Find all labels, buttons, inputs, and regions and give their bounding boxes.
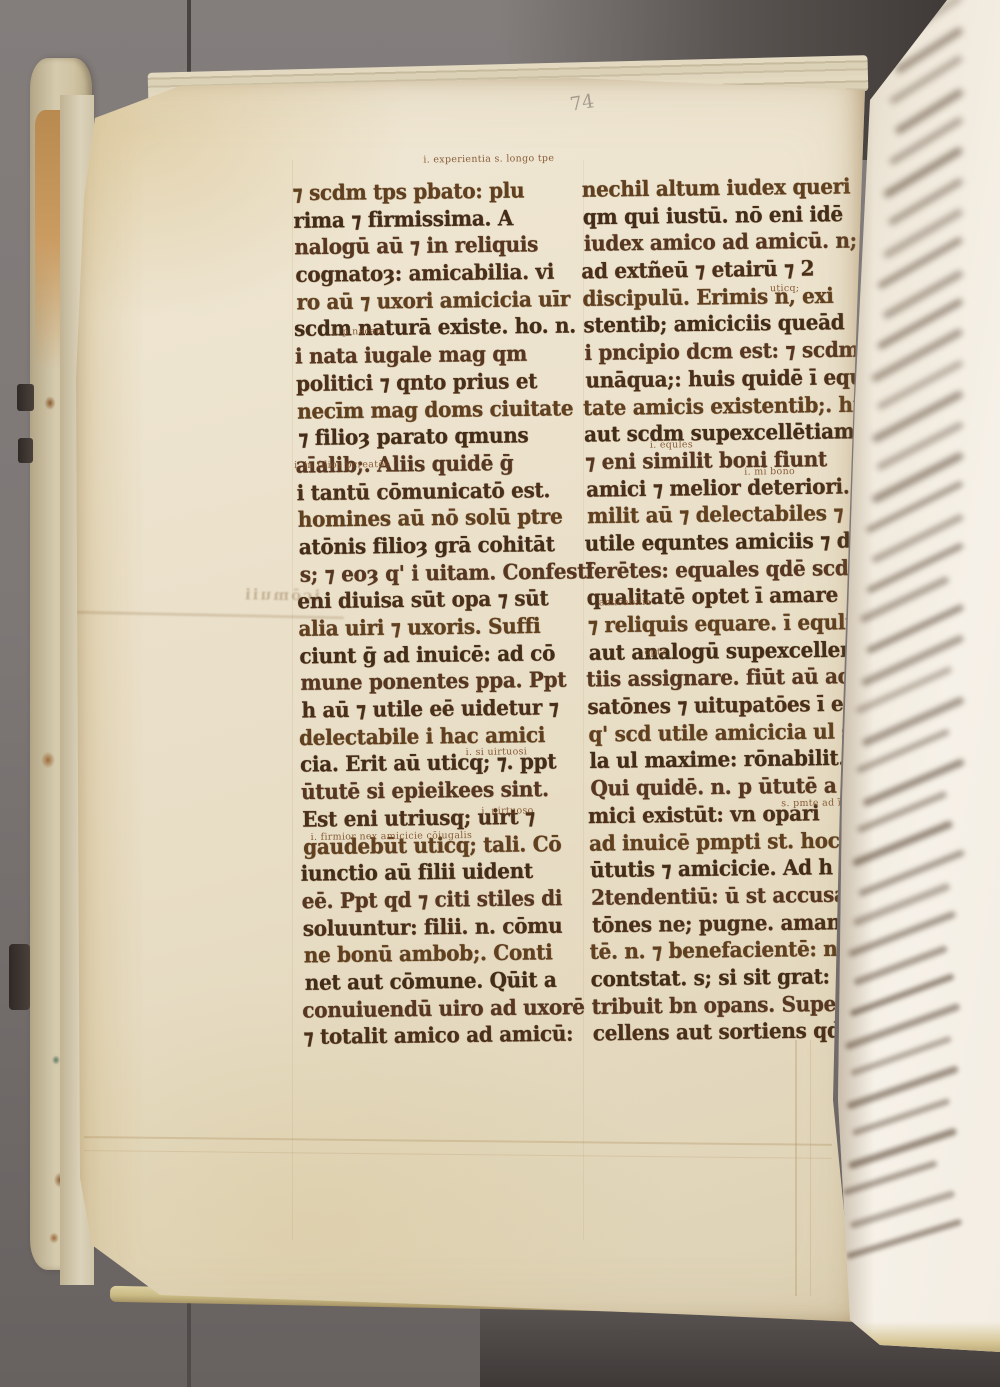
facing-page-text-line-blurred (866, 542, 964, 593)
manuscript-text-line: ne bonū ambob;. Conti (304, 939, 586, 970)
interlinear-gloss: i. mī bono (744, 466, 795, 478)
manuscript-text-line: ūtutis ⁊ amicicie. Ad h aū (590, 854, 858, 885)
text-block: ⁊ scdm tps pbato: plurima ⁊ firmissima. … (64, 73, 874, 1333)
left-page: 74 icōmuii ⁊ scdm tps pbato: plurima ⁊ f… (72, 78, 867, 1328)
manuscript-text-line: alia uiri ⁊ uxoris. Suffi (298, 612, 580, 643)
manuscript-text-line: eni diuisa sūt opa ⁊ sūt (297, 585, 579, 616)
manuscript-text-line: atōnis filioȝ grā cohitāt (299, 531, 581, 562)
interlinear-gloss: i. firmior nex amicicie cōiugalis (311, 830, 473, 843)
manuscript-photo: 74 icōmuii ⁊ scdm tps pbato: plurima ⁊ f… (0, 0, 1000, 1387)
manuscript-text-line: ⁊ totalit amico ad amicū: (303, 1021, 585, 1052)
facing-page-text-line-blurred (850, 1189, 956, 1228)
manuscript-text-line: net aut cōmune. Qūit a (305, 966, 587, 997)
manuscript-text-line: s; ⁊ eoȝ q' i uitam. Confestī (300, 558, 582, 589)
manuscript-text-line: cellens aut sortiens qd (593, 1017, 861, 1048)
manuscript-text-line: aut analogū supexcellen (589, 636, 857, 667)
manuscript-text-line: tate amicis existentib;. hijs (583, 391, 851, 422)
manuscript-text-line: iudex amico ad amicū. n; (584, 228, 852, 259)
manuscript-text-line: rima ⁊ firmissima. A (293, 204, 575, 235)
manuscript-text-line: ⁊ scdm tps pbato: plu (292, 177, 574, 208)
manuscript-text-line: soluuntur: filii. n. cōmu (303, 912, 585, 943)
facing-page-text-line-blurred (861, 634, 965, 686)
manuscript-text-line: tribuit bn opans. Super (592, 990, 860, 1021)
manuscript-text-line: cognatoȝ: amicabilia. vi (295, 258, 577, 289)
manuscript-text-line: iunctio aū filii uident (301, 857, 583, 888)
text-column-right: nechil altum iudex queriqm qui iustū. nō… (582, 173, 861, 1048)
manuscript-text-line: discipulū. Erimis n, exi (582, 282, 850, 313)
manuscript-text-line: ⁊ filioȝ parato qmuns (298, 422, 580, 453)
manuscript-text-line: satōnes ⁊ uitupatōes ī ea (587, 691, 855, 722)
manuscript-text-line: ūtutē si epieikees sint. (301, 776, 583, 807)
clasp-hook-lower (9, 944, 30, 1010)
manuscript-text-line: nalogū aū ⁊ in reliquis (294, 231, 576, 262)
facing-page-text-line-blurred (871, 451, 964, 503)
manuscript-text-line: stentib; amiciciis queād (583, 309, 851, 340)
manuscript-text-line: amici ⁊ melior deteriori. Si (586, 473, 854, 504)
manuscript-text-line: nechil altum iudex queri (582, 173, 850, 204)
manuscript-text-line: h aū ⁊ utile eē uidetur ⁊ (301, 694, 583, 725)
manuscript-text-line: mune ponentes ppa. Ppt (300, 667, 582, 698)
manuscript-text-line: tē. n. ⁊ benefacientē: nlls (589, 936, 857, 967)
manuscript-text-line: unāqua;: huis quidē ī equ (585, 364, 853, 395)
manuscript-text-line: Est eni utriusq; uirt ⁊ (302, 803, 584, 834)
manuscript-text-line: homines aū nō solū ptre (298, 503, 580, 534)
manuscript-text-line: politici ⁊ qnto prius et (296, 367, 578, 398)
manuscript-text-line: q' scd utile amicicia ul so (588, 718, 856, 749)
clasp-fragment-upper (17, 384, 34, 411)
manuscript-text-line: la ul maxime: rōnabilit. (589, 745, 857, 776)
facing-page-text-line-blurred (882, 207, 963, 258)
facing-page-text-line-blurred (871, 389, 964, 442)
manuscript-text-line: qm qui iustū. nō eni idē (583, 201, 851, 232)
facing-page-text-line-blurred (848, 1127, 957, 1168)
interlinear-gloss: i. p nacam (332, 326, 385, 338)
manuscript-text-line: cia. Erit aū uticq; ⁊. ppt (300, 748, 582, 779)
manuscript-text-line: ad inuicē pmpti st. hoc. n. (589, 827, 857, 858)
manuscript-text-line: delectabile i hac amici (299, 721, 581, 752)
manuscript-text-line: 2tendentiū: ū st accusa (591, 881, 859, 912)
manuscript-text-line: milit aū ⁊ delectabiles ⁊ p (587, 500, 855, 531)
interlinear-gloss: uticq; (770, 283, 800, 294)
facing-page-text-line-blurred (883, 146, 963, 198)
manuscript-text-line: aut scdm supexcellētiam: (584, 418, 852, 449)
manuscript-text-line: ⁊ reliquis equare. ī equlib; (588, 609, 856, 640)
manuscript-text-line: tōnes ne; pugne. aman (592, 908, 860, 939)
manuscript-text-line: i nata iugale mag qm (295, 340, 577, 371)
manuscript-text-line: i tantū cōmunicatō est. (297, 476, 579, 507)
manuscript-text-line: ciunt ḡ ad inuicē: ad cō (299, 640, 581, 671)
manuscript-text-line: ferētes: equales qdē scdm e (586, 554, 854, 585)
manuscript-text-line: ad extñeū ⁊ etairū ⁊ 2 (581, 255, 849, 286)
interlinear-gloss: i. in filios pcreatōe (294, 459, 390, 471)
facing-page-text-line-blurred (877, 298, 964, 349)
manuscript-text-line: ⁊ eni similit boni fiunt (585, 446, 853, 477)
interlinear-gloss: i. equles (650, 439, 693, 451)
interlinear-gloss: i. experientia s. longo tpe (423, 153, 554, 166)
interlinear-gloss: optz (644, 647, 666, 658)
manuscript-text-line: tiis assignare. fiūt aū accu (586, 663, 854, 694)
manuscript-text-line: contstat. s; si sit grat: re (591, 963, 859, 994)
manuscript-text-line: i pncipio dcm est: ⁊ scdm (584, 337, 852, 368)
clasp-fragment-middle (18, 438, 33, 463)
manuscript-text-line: ro aū ⁊ uxori amicicia uīr (296, 286, 578, 317)
manuscript-text-line: eē. Ppt qd ⁊ citi stiles di (302, 885, 584, 916)
manuscript-text-line: conuiuendū uiro ad uxorē (302, 993, 584, 1024)
interlinear-gloss: amicabilia (599, 597, 652, 609)
facing-page-text-line-blurred (852, 1098, 950, 1136)
facing-page-text-line-blurred (856, 728, 950, 773)
facing-page-text-line-blurred (871, 328, 963, 382)
manuscript-text-line: utile equntes amiciis ⁊ dif (585, 527, 853, 558)
interlinear-gloss: i. uirtuoso (481, 805, 533, 817)
manuscript-text-line: necīm mag doms ciuitate (297, 394, 579, 425)
text-column-left: ⁊ scdm tps pbato: plurima ⁊ firmissima. … (294, 177, 587, 1052)
interlinear-gloss: i. si uirtuosi (466, 746, 528, 758)
